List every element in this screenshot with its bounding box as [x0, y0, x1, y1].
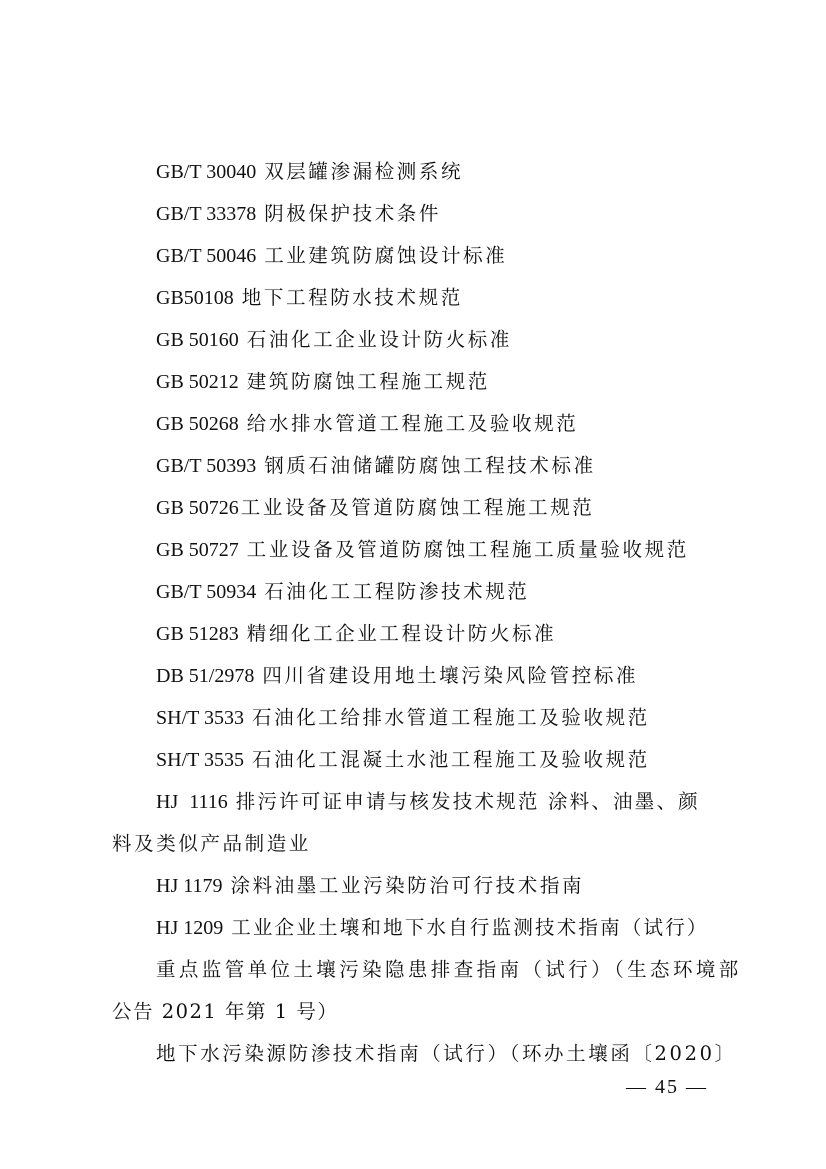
standard-item: GB/T 50393钢质石油储罐防腐蚀工程技术标准 [156, 454, 596, 478]
standard-code: GB 51283 [156, 623, 239, 645]
standard-code: GB 50268 [156, 413, 239, 435]
guide-title: 地下水污染源防渗技术指南（试行）（环办土壤函〔2020〕 [156, 1042, 737, 1065]
standard-code: HJ 1209 [156, 917, 223, 939]
standard-item: GB 50212建筑防腐蚀工程施工规范 [156, 370, 490, 394]
standard-code: DB 51/2978 [156, 665, 254, 687]
standard-code: GB 50727 [156, 539, 239, 561]
standard-item: HJ 1209工业企业土壤和地下水自行监测技术指南（试行） [156, 916, 709, 940]
standard-title: 涂料油墨工业污染防治可行技术指南 [230, 874, 584, 897]
standard-code: GB/T 50934 [156, 581, 256, 603]
guide-item-continuation: 公告 2021 年第 1 号） [112, 1000, 338, 1024]
standard-item: HJ 1179涂料油墨工业污染防治可行技术指南 [156, 874, 584, 898]
standard-item: GB 50160石油化工企业设计防火标准 [156, 328, 512, 352]
standard-item: GB 50727工业设备及管道防腐蚀工程施工质量验收规范 [156, 538, 689, 562]
standard-title: 双层罐渗漏检测系统 [264, 160, 463, 183]
standard-code: GB/T 50393 [156, 455, 256, 477]
standard-title: 石油化工给排水管道工程施工及验收规范 [252, 706, 650, 729]
standard-item: GB 51283精细化工企业工程设计防火标准 [156, 622, 556, 646]
standard-title: 排污许可证申请与核发技术规范 涂料、油墨、颜 [236, 790, 700, 813]
standard-item: DB 51/2978四川省建设用地土壤污染风险管控标准 [156, 664, 638, 688]
standard-title: 地下工程防水技术规范 [242, 286, 463, 309]
standard-title: 工业企业土壤和地下水自行监测技术指南（试行） [231, 916, 708, 939]
standard-code: SH/T 3533 [156, 707, 244, 729]
standard-code: GB50108 [156, 287, 234, 309]
standard-title: 工业设备及管道防腐蚀工程施工质量验收规范 [247, 538, 689, 561]
standard-item: GB/T 30040双层罐渗漏检测系统 [156, 160, 463, 184]
standard-item: SH/T 3533石油化工给排水管道工程施工及验收规范 [156, 706, 650, 730]
standard-title: 工业建筑防腐蚀设计标准 [264, 244, 507, 267]
standard-item: GB/T 50046工业建筑防腐蚀设计标准 [156, 244, 507, 268]
standard-code: HJ 1179 [156, 875, 222, 897]
standard-code: GB/T 30040 [156, 161, 256, 183]
standard-title: 石油化工工程防渗技术规范 [264, 580, 529, 603]
standard-item: GB/T 50934石油化工工程防渗技术规范 [156, 580, 529, 604]
standard-title: 精细化工企业工程设计防火标准 [247, 622, 556, 645]
standard-code: SH/T 3535 [156, 749, 244, 771]
standard-title-continuation: 料及类似产品制造业 [112, 832, 311, 855]
standard-code: GB 50726 [156, 497, 239, 519]
standard-code: GB 50160 [156, 329, 239, 351]
standard-item: GB 50268给水排水管道工程施工及验收规范 [156, 412, 578, 436]
standard-title: 工业设备及管道防腐蚀工程施工规范 [241, 496, 595, 519]
standard-item: GB50108地下工程防水技术规范 [156, 286, 463, 310]
guide-title: 重点监管单位土壤污染隐患排查指南（试行）（生态环境部 [156, 958, 742, 981]
document-page: GB/T 30040双层罐渗漏检测系统 GB/T 33378阴极保护技术条件 G… [0, 0, 826, 1169]
guide-title-continuation: 公告 2021 年第 1 号） [112, 1000, 338, 1023]
standard-code: GB/T 33378 [156, 203, 256, 225]
standard-item: HJ 1116排污许可证申请与核发技术规范 涂料、油墨、颜 [156, 790, 700, 814]
standard-item: GB 50726工业设备及管道防腐蚀工程施工规范 [156, 496, 594, 520]
standard-title: 石油化工混凝土水池工程施工及验收规范 [252, 748, 650, 771]
standard-title: 给水排水管道工程施工及验收规范 [247, 412, 579, 435]
standard-title: 石油化工企业设计防火标准 [247, 328, 512, 351]
guide-item: 地下水污染源防渗技术指南（试行）（环办土壤函〔2020〕 [156, 1042, 737, 1066]
standard-title: 阴极保护技术条件 [264, 202, 441, 225]
standard-code: GB 50212 [156, 371, 239, 393]
standard-title: 四川省建设用地土壤污染风险管控标准 [262, 664, 638, 687]
guide-item: 重点监管单位土壤污染隐患排查指南（试行）（生态环境部 [156, 958, 742, 982]
standard-item: SH/T 3535石油化工混凝土水池工程施工及验收规范 [156, 748, 650, 772]
standard-title: 钢质石油储罐防腐蚀工程技术标准 [264, 454, 596, 477]
standard-item: GB/T 33378阴极保护技术条件 [156, 202, 441, 226]
page-number: — 45 — [626, 1076, 708, 1099]
standard-item-continuation: 料及类似产品制造业 [112, 832, 311, 856]
standard-code: HJ 1116 [156, 791, 228, 813]
standard-title: 建筑防腐蚀工程施工规范 [247, 370, 490, 393]
standard-code: GB/T 50046 [156, 245, 256, 267]
